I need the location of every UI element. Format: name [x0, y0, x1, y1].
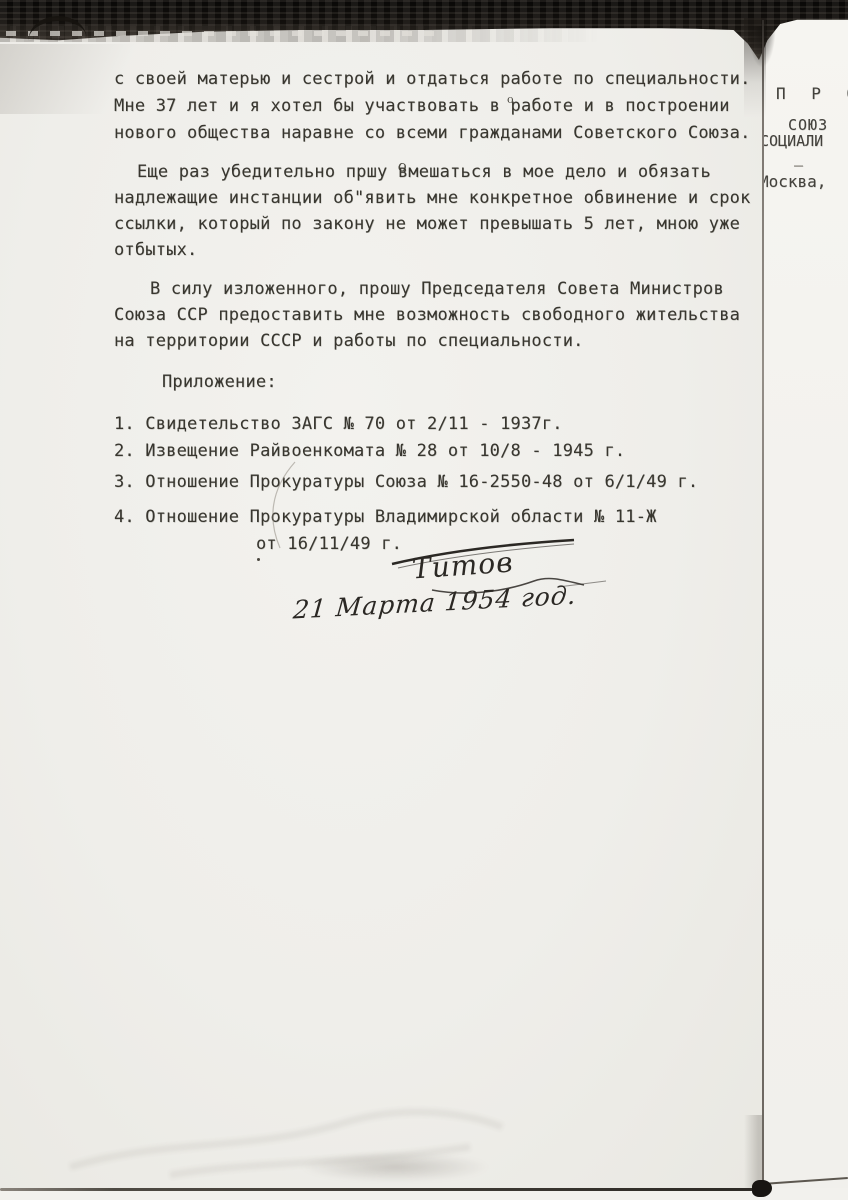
attachment-item-1: 1. Свидетельство ЗАГС № 70 от 2/11 - 193…	[114, 411, 770, 437]
signature-handwriting: Титов	[411, 546, 514, 586]
paragraph-3: В силу изложенного, прошу Председателя С…	[114, 276, 770, 354]
next-page-fragment-moskva: Москва,	[764, 172, 826, 191]
overstrike-mark: о	[507, 93, 514, 106]
attachment-item-2: 2. Извещение Райвоенкомата № 28 от 10/8 …	[114, 438, 770, 464]
bottom-corner-ink-blob	[752, 1180, 772, 1197]
paragraph-1: с своей матерью и сестрой и отдаться раб…	[114, 66, 770, 147]
scanned-petition-document: П Р О СОЮЗ СОЦИАЛИ — Москва, с своей мат…	[0, 0, 848, 1200]
paragraph-2: Еще раз убедительно пршу вмешаться в мое…	[114, 159, 770, 263]
page-bottom-rule	[0, 1188, 764, 1191]
next-page-edge: П Р О СОЮЗ СОЦИАЛИ — Москва,	[764, 18, 848, 1188]
next-page-fragment-heading: П Р О	[776, 84, 848, 103]
bleed-through-smudge	[300, 1152, 490, 1182]
attachment-item-3: 3. Отношение Прокуратуры Союза № 16-2550…	[114, 469, 770, 495]
page-edge-smudge	[744, 1115, 762, 1190]
page-edge-line	[762, 20, 764, 1188]
next-page-fragment-sociali: СОЦИАЛИ	[764, 132, 823, 150]
pencil-stroke	[240, 460, 360, 550]
attachment-item-4: 4. Отношение Прокуратуры Владимирской об…	[114, 504, 770, 530]
attachments-label: Приложение:	[114, 369, 770, 395]
ink-speck	[257, 558, 260, 561]
